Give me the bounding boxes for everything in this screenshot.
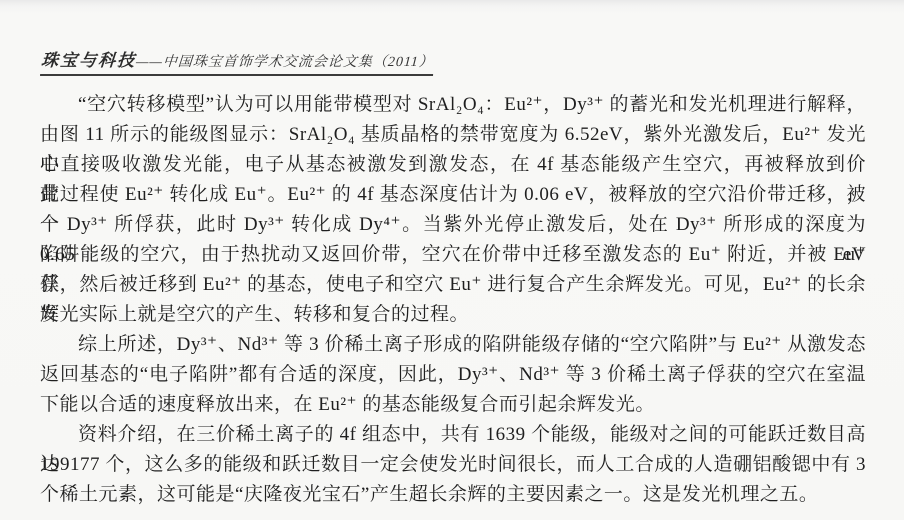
text-line: 个稀土元素，这可能是“庆隆夜光宝石”产生超长余辉的主要因素之一。这是发光机理之五… <box>40 480 866 510</box>
text-line: 心直接吸收激发光能，电子从基态被激发到激发态，在 4f 基态能级产生空穴，再被释… <box>40 150 866 180</box>
text-line: 陷阱能级的空穴，由于热扰动又返回价带，空穴在价带中迁移至激发态的 Eu⁺ 附近，… <box>40 240 866 270</box>
text-line: 此过程使 Eu²⁺ 转化成 Eu⁺。Eu²⁺ 的 4f 基态深度估计为 0.06… <box>40 180 866 210</box>
header-subtitle: ——中国珠宝首饰学术交流会论文集（2011） <box>135 55 434 70</box>
running-header: 珠宝与科技——中国珠宝首饰学术交流会论文集（2011） <box>40 46 435 76</box>
text-line: “空穴转移模型”认为可以用能带模型对 SrAl₂O₄：Eu²⁺，Dy³⁺ 的蓄光… <box>40 90 866 120</box>
header-book-title: 珠宝与科技 <box>40 51 136 70</box>
text-line: 由图 11 所示的能级图显示：SrAl₂O₄ 基质晶格的禁带宽度为 6.52eV… <box>40 120 866 150</box>
text-line: 发光实际上就是空穴的产生、转移和复合的过程。 <box>40 300 866 330</box>
text-line: 获，然后被迁移到 Eu²⁺ 的基态，使电子和空穴 Eu⁺ 进行复合产生余辉发光。… <box>40 270 866 300</box>
text-line: 个 Dy³⁺ 所俘获，此时 Dy³⁺ 转化成 Dy⁴⁺。当紫外光停止激发后，处在… <box>40 210 866 240</box>
text-line: 下能以合适的速度释放出来，在 Eu²⁺ 的基态能级复合而引起余辉发光。 <box>40 390 866 420</box>
text-line: 返回基态的“电子陷阱”都有合适的深度，因此，Dy³⁺、Nd³⁺ 等 3 价稀土离… <box>40 360 866 390</box>
text-line: 199177 个，这么多的能级和跃迁数目一定会使发光时间很长，而人工合成的人造硼… <box>40 450 866 480</box>
text-line: 综上所述，Dy³⁺、Nd³⁺ 等 3 价稀土离子形成的陷阱能级存储的“空穴陷阱”… <box>40 330 866 360</box>
document-page: 珠宝与科技——中国珠宝首饰学术交流会论文集（2011） “空穴转移模型”认为可以… <box>0 0 904 520</box>
text-line: 资料介绍，在三价稀土离子的 4f 组态中，共有 1639 个能级，能级对之间的可… <box>40 420 866 450</box>
page-body: “空穴转移模型”认为可以用能带模型对 SrAl₂O₄：Eu²⁺，Dy³⁺ 的蓄光… <box>40 90 866 510</box>
